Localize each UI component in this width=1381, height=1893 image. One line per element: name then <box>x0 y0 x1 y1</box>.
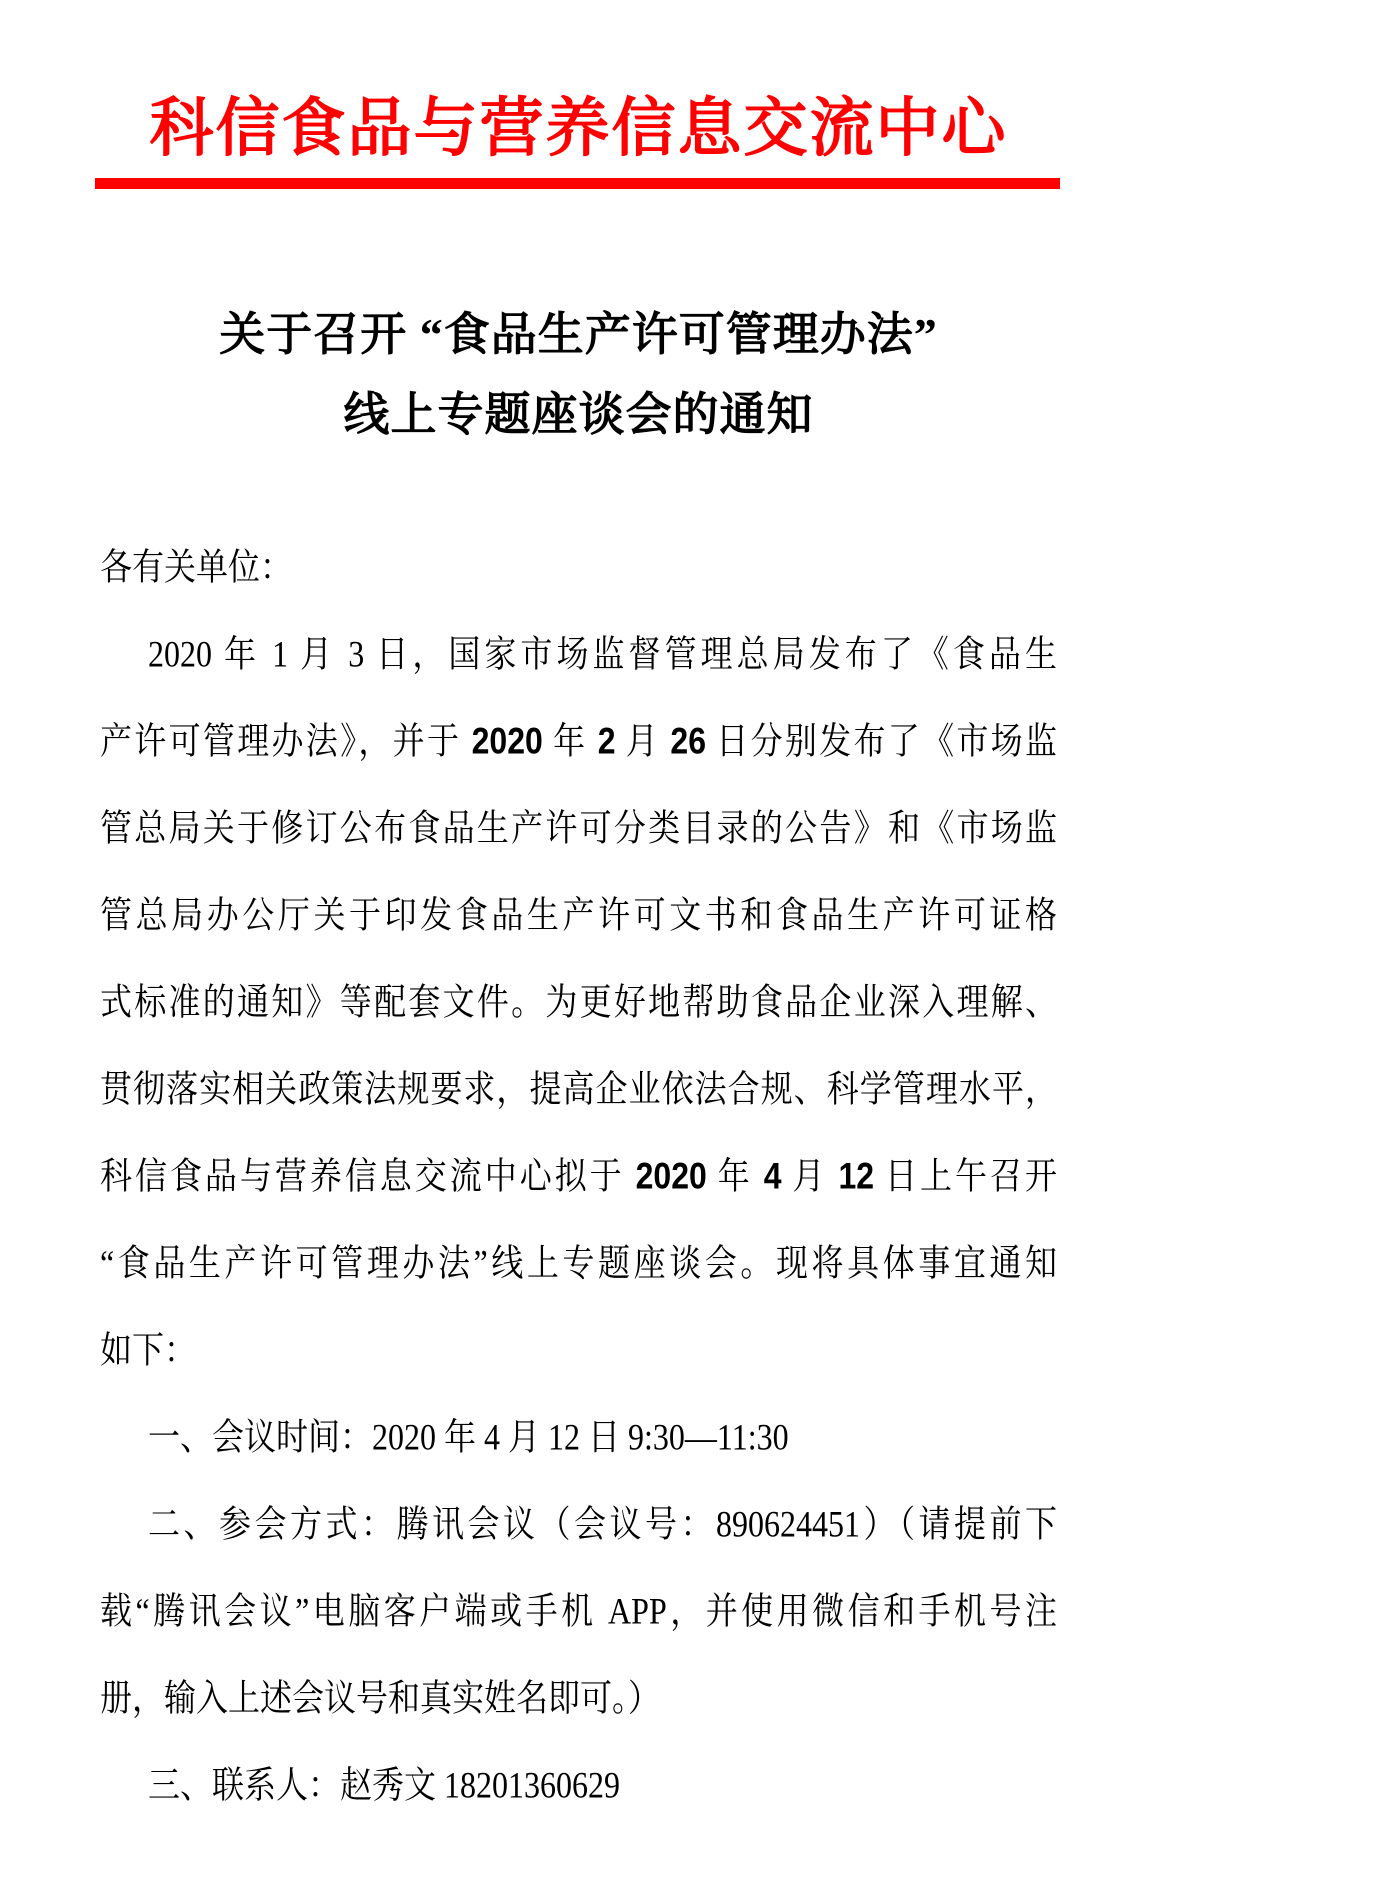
text-run: 年 <box>543 720 598 761</box>
header-rule <box>95 178 1060 189</box>
text-line-item2-line2: 载“腾讯会议”电脑客户端或手机 APP，并使用微信和手机号注 <box>100 1561 1057 1661</box>
text-line-para1-line9: 如下： <box>100 1300 1057 1400</box>
document-content: 科信食品与营养信息交流中心 关于召开 “食品生产许可管理办法” 线上专题座谈会的… <box>100 0 1057 1829</box>
text-run: 各有关单位： <box>100 546 292 587</box>
bold-number: 12 <box>838 1155 874 1196</box>
doc-title-line1: 关于召开 “食品生产许可管理办法” <box>100 295 1057 375</box>
body-text: 各有关单位：2020 年 1 月 3 日，国家市场监督管理总局发布了《食品生产许… <box>100 524 1057 1829</box>
text-run: 月 <box>615 720 670 761</box>
text-run: “食品生产许可管理办法”线上专题座谈会。现将具体事宜通知 <box>100 1242 1057 1283</box>
text-run: 科信食品与营养信息交流中心拟于 <box>100 1155 636 1196</box>
text-line-item3-contact: 三、联系人：赵秀文 18201360629 <box>100 1735 1057 1835</box>
text-run: 三、联系人：赵秀文 18201360629 <box>148 1764 620 1805</box>
text-run: 载“腾讯会议”电脑客户端或手机 APP，并使用微信和手机号注 <box>100 1590 1057 1631</box>
text-run: 如下： <box>100 1329 196 1370</box>
bold-number: 4 <box>764 1155 782 1196</box>
text-line-item1-meeting-time: 一、会议时间：2020 年 4 月 12 日 9:30—11:30 <box>100 1387 1057 1487</box>
text-run: 管总局关于修订公布食品生产许可分类目录的公告》和《市场监 <box>100 807 1057 848</box>
text-line-para1-line2: 产许可管理办法》，并于 2020 年 2 月 26 日分别发布了《市场监 <box>100 691 1057 791</box>
text-run: 年 <box>707 1155 764 1196</box>
text-run: 贯彻落实相关政策法规要求，提高企业依法合规、科学管理水平， <box>100 1068 1057 1109</box>
text-line-salutation: 各有关单位： <box>100 517 1057 617</box>
document-page: 科信食品与营养信息交流中心 关于召开 “食品生产许可管理办法” 线上专题座谈会的… <box>0 0 1381 1893</box>
text-line-item2-line3: 册，输入上述会议号和真实姓名即可。） <box>100 1648 1057 1748</box>
text-line-para1-line4: 管总局办公厅关于印发食品生产许可文书和食品生产许可证格 <box>100 865 1057 965</box>
doc-title: 关于召开 “食品生产许可管理办法” 线上专题座谈会的通知 <box>100 295 1057 455</box>
text-line-para1-line7: 科信食品与营养信息交流中心拟于 2020 年 4 月 12 日上午召开 <box>100 1126 1057 1226</box>
text-line-para1-line3: 管总局关于修订公布食品生产许可分类目录的公告》和《市场监 <box>100 778 1057 878</box>
org-name: 科信食品与营养信息交流中心 <box>100 0 1057 166</box>
text-run: 一、会议时间：2020 年 4 月 12 日 9:30—11:30 <box>148 1416 789 1457</box>
text-line-para1-line6: 贯彻落实相关政策法规要求，提高企业依法合规、科学管理水平， <box>100 1039 1057 1139</box>
text-run: 管总局办公厅关于印发食品生产许可文书和食品生产许可证格 <box>100 894 1057 935</box>
text-run: 月 <box>782 1155 839 1196</box>
text-run: 日分别发布了《市场监 <box>706 720 1057 761</box>
text-line-para1-line1: 2020 年 1 月 3 日，国家市场监督管理总局发布了《食品生 <box>100 604 1057 704</box>
text-line-item2-line1: 二、参会方式：腾讯会议（会议号：890624451）（请提前下 <box>100 1474 1057 1574</box>
bold-number: 2020 <box>636 1155 707 1196</box>
doc-title-line2: 线上专题座谈会的通知 <box>100 375 1057 455</box>
text-line-para1-line5: 式标准的通知》等配套文件。为更好地帮助食品企业深入理解、 <box>100 952 1057 1052</box>
bold-number: 26 <box>670 720 706 761</box>
bold-number: 2 <box>598 720 616 761</box>
text-run: 日上午召开 <box>874 1155 1057 1196</box>
text-line-para1-line8: “食品生产许可管理办法”线上专题座谈会。现将具体事宜通知 <box>100 1213 1057 1313</box>
bold-number: 2020 <box>472 720 543 761</box>
org-header: 科信食品与营养信息交流中心 <box>100 0 1057 189</box>
text-run: 册，输入上述会议号和真实姓名即可。） <box>100 1677 660 1718</box>
text-run: 2020 年 1 月 3 日，国家市场监督管理总局发布了《食品生 <box>148 633 1057 674</box>
text-run: 二、参会方式：腾讯会议（会议号：890624451）（请提前下 <box>148 1503 1057 1544</box>
text-run: 式标准的通知》等配套文件。为更好地帮助食品企业深入理解、 <box>100 981 1057 1022</box>
text-run: 产许可管理办法》，并于 <box>100 720 472 761</box>
